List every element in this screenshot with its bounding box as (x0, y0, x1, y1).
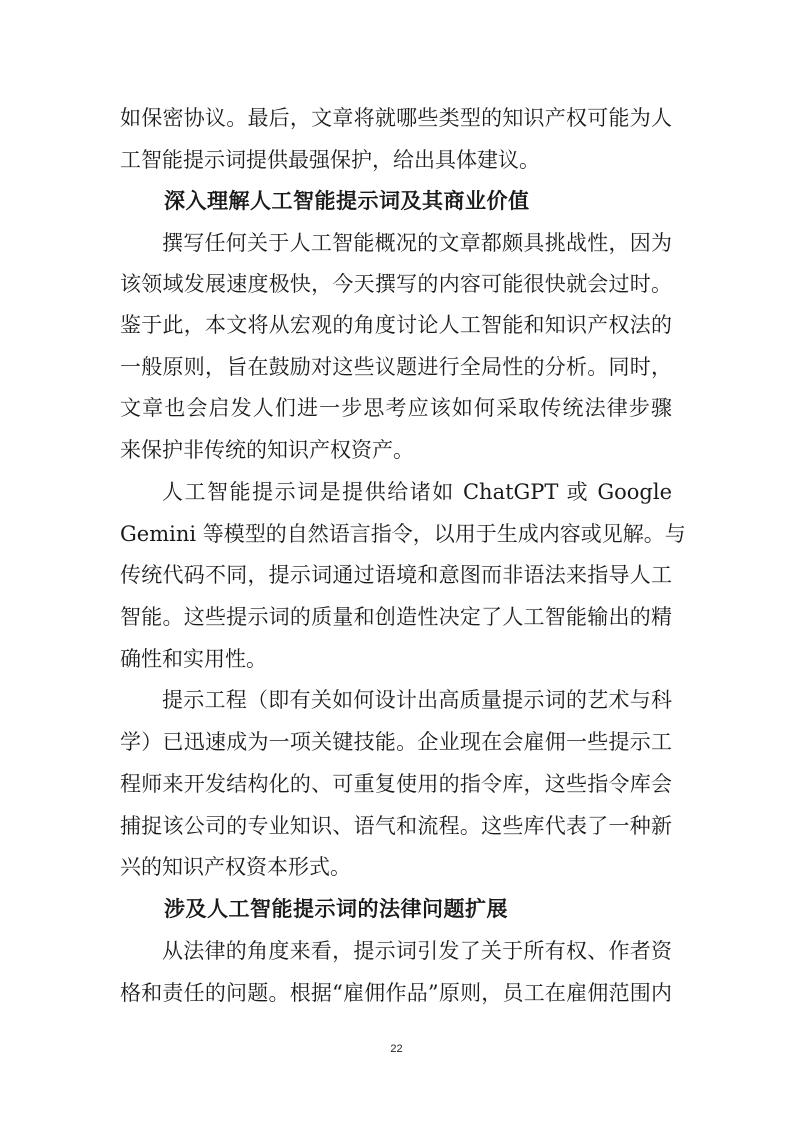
body-line: 传统代码不同，提示词通过语境和意图而非语法来指导人工 (120, 560, 672, 590)
body-line: 捕捉该公司的专业知识、语气和流程。这些库代表了一种新 (120, 811, 672, 841)
body-line: 从法律的角度来看，提示词引发了关于所有权、作者资 (162, 936, 672, 966)
body-line: 鉴于此，本文将从宏观的角度讨论人工智能和知识产权法的 (120, 310, 672, 340)
body-line: 如保密协议。最后，文章将就哪些类型的知识产权可能为人 (120, 103, 672, 133)
section-heading: 深入理解人工智能提示词及其商业价值 (164, 186, 530, 216)
body-line: 智能。这些提示词的质量和创造性决定了人工智能输出的精 (120, 602, 672, 632)
section-heading: 涉及人工智能提示词的法律问题扩展 (164, 894, 508, 924)
body-line: 兴的知识产权资本形式。 (120, 852, 672, 882)
page-number: 22 (0, 1043, 793, 1055)
body-line: 来保护非传统的知识产权资产。 (120, 435, 672, 465)
body-line: 学）已迅速成为一项关键技能。企业现在会雇佣一些提示工 (120, 727, 672, 757)
document-page: 如保密协议。最后，文章将就哪些类型的知识产权可能为人 工智能提示词提供最强保护，… (0, 0, 793, 1122)
body-line: Gemini 等模型的自然语言指令，以用于生成内容或见解。与 (120, 519, 672, 549)
body-line: 提示工程（即有关如何设计出高质量提示词的艺术与科 (162, 685, 672, 715)
body-line: 文章也会启发人们进一步思考应该如何采取传统法律步骤 (120, 393, 672, 423)
body-line: 程师来开发结构化的、可重复使用的指令库，这些指令库会 (120, 769, 672, 799)
body-line: 确性和实用性。 (120, 644, 672, 674)
body-line: 该领域发展速度极快，今天撰写的内容可能很快就会过时。 (120, 269, 672, 299)
body-line: 一般原则，旨在鼓励对这些议题进行全局性的分析。同时， (120, 352, 672, 382)
body-line: 撰写任何关于人工智能概况的文章都颇具挑战性，因为 (162, 228, 672, 258)
body-line: 格和责任的问题。根据“雇佣作品”原则，员工在雇佣范围内 (120, 978, 672, 1008)
body-line: 工智能提示词提供最强保护，给出具体建议。 (120, 145, 672, 175)
body-line: 人工智能提示词是提供给诸如 ChatGPT 或 Google (162, 477, 672, 507)
